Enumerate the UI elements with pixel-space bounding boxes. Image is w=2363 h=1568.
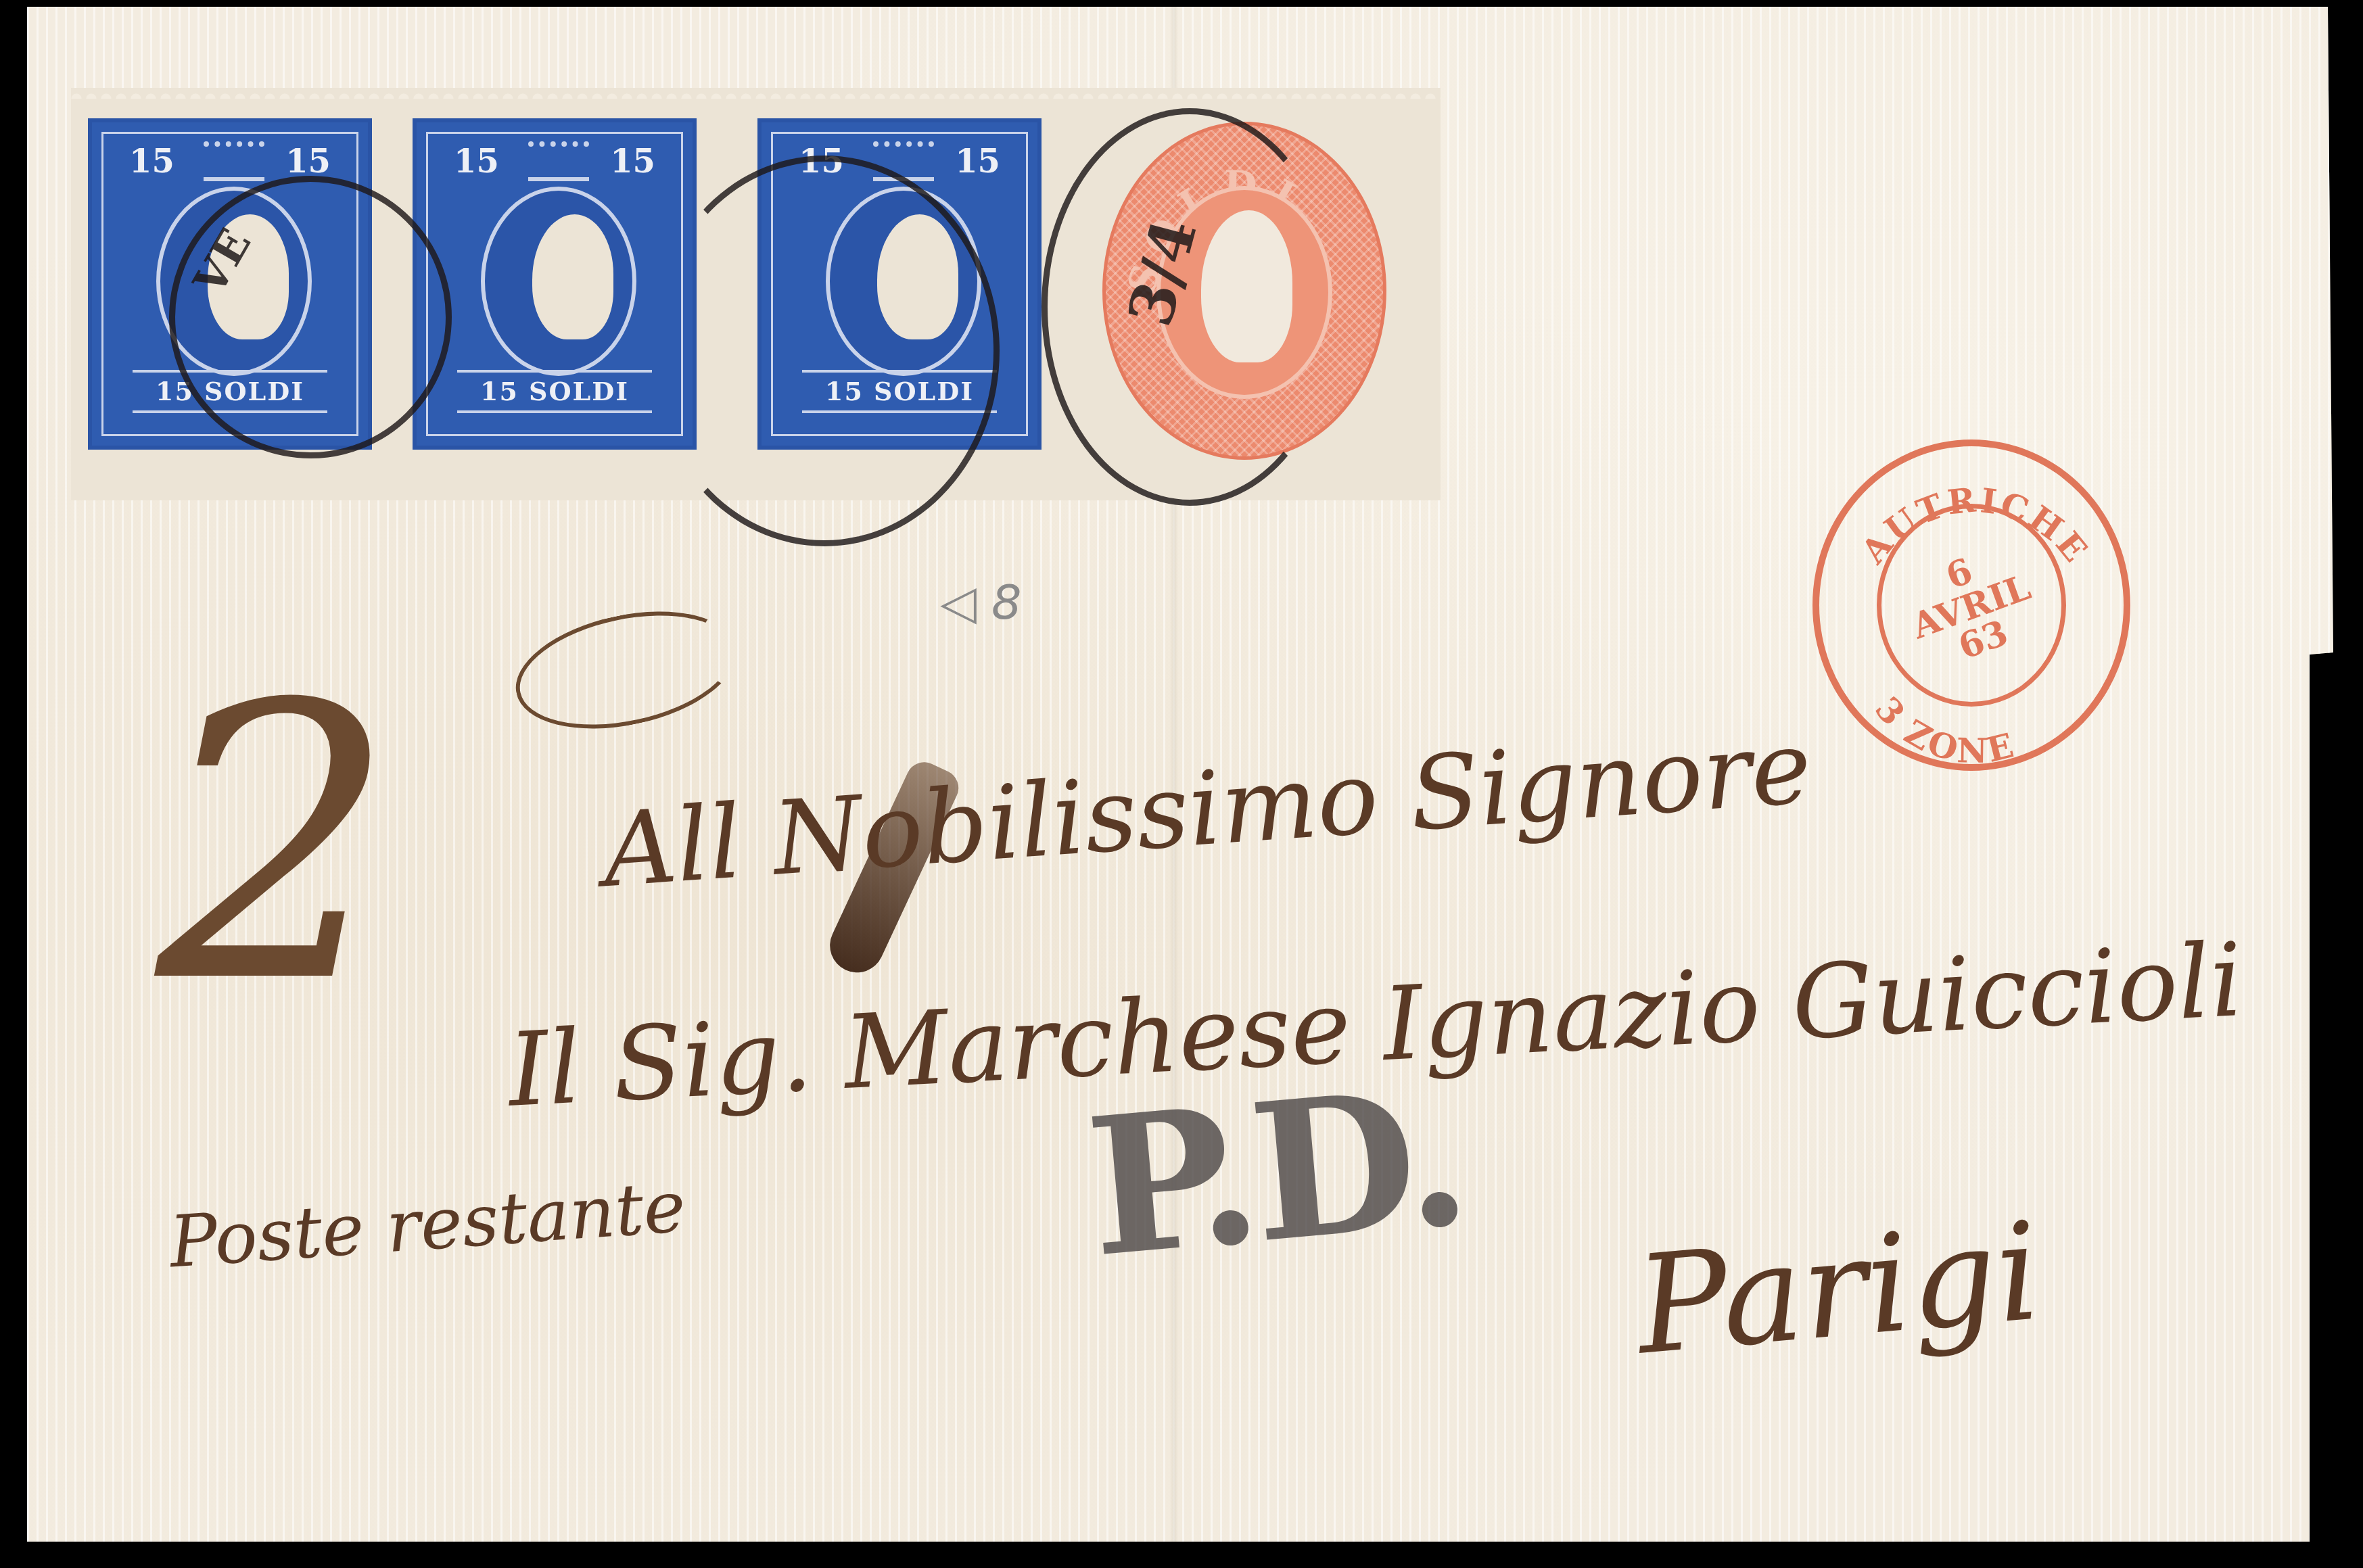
stamp-denomination: 15 SOLDI: [457, 370, 652, 413]
cancel-ring: [169, 176, 452, 458]
stamp-15-soldi-2: 15 15 15 SOLDI: [413, 118, 697, 450]
stamp-value: 15: [454, 143, 499, 181]
letter-cover: 15 15 15 SOLDI 15 15 15 SOLDI 15 15 15 S…: [27, 7, 2333, 1542]
address-line-1: All Nobilissimo Signore: [599, 709, 1815, 910]
stamp-value: 15: [285, 143, 331, 181]
pencil-mark: ◁ 8: [940, 575, 1022, 630]
cancel-ring: [649, 156, 1000, 546]
portrait-icon: [532, 214, 613, 339]
rate-mark: 2: [156, 656, 396, 1035]
stamp-value: 15: [610, 143, 655, 181]
salutation-flourish: [505, 593, 747, 746]
crown-icon: [204, 141, 264, 181]
postmark-zone: 3 ZONE: [1867, 689, 2020, 771]
svg-text:3 ZONE: 3 ZONE: [1867, 689, 2020, 771]
stamp-value: 15: [955, 143, 1000, 181]
crown-icon: [528, 141, 589, 181]
pd-handstamp: P.D.: [1080, 1046, 1472, 1300]
destination-city: Parigi: [1631, 1193, 2046, 1385]
poste-restante-note: Poste restante: [167, 1165, 688, 1283]
autriche-postmark: AUTRICHE 3 ZONE 6 AVRIL 63: [1812, 439, 2130, 771]
stamp-value: 15: [129, 143, 174, 181]
